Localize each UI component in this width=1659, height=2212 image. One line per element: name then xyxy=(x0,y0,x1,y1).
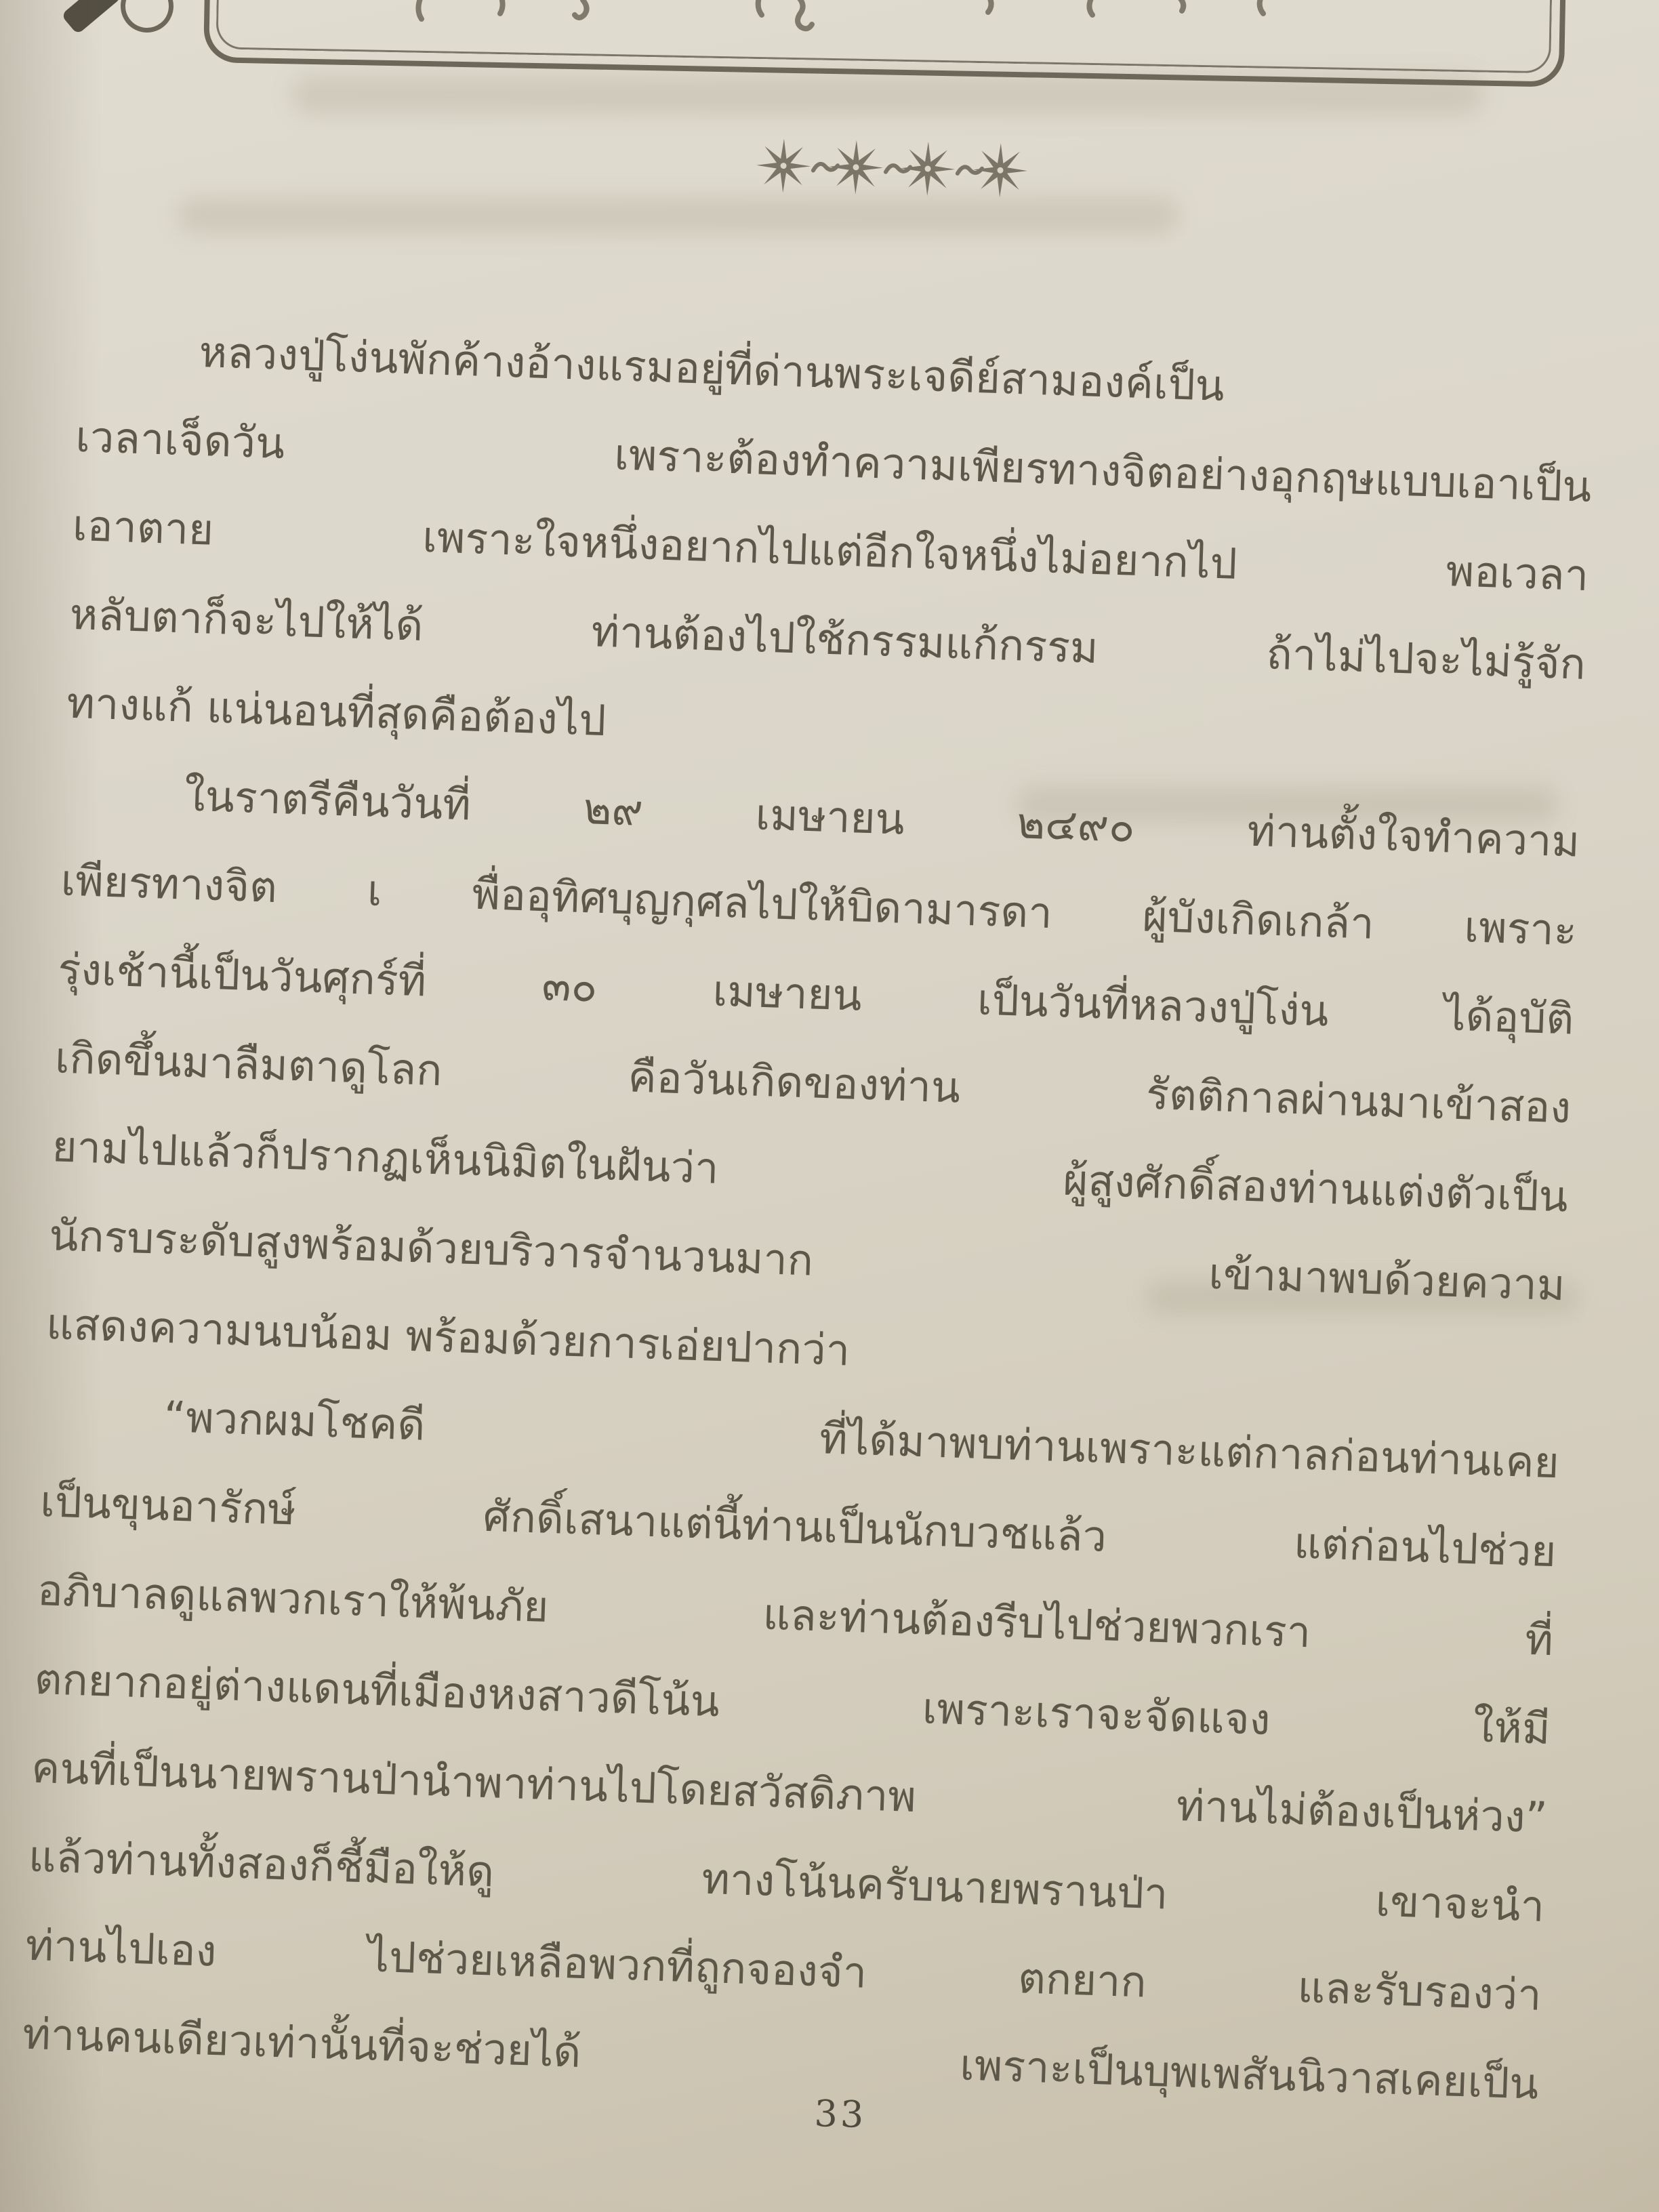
flower-divider-icon xyxy=(745,132,1044,206)
frame-corner-flourish-icon xyxy=(117,0,177,36)
page-number: 33 xyxy=(814,2092,867,2136)
flower-star-icon xyxy=(756,138,811,194)
book-page-photo: หลวงปู่โง่นพักค้างอ้างแรมอยู่ที่ด่านพระเ… xyxy=(0,0,1659,2212)
clipped-header-text-fragments xyxy=(380,0,1464,45)
flower-star-icon xyxy=(828,140,884,195)
flower-star-icon xyxy=(900,141,956,197)
text-block: หลวงปู่โง่นพักค้างอ้างแรมอยู่ที่ด่านพระเ… xyxy=(21,306,1596,2131)
squiggle-connector-icon xyxy=(813,164,982,174)
flower-star-icon xyxy=(972,142,1028,198)
